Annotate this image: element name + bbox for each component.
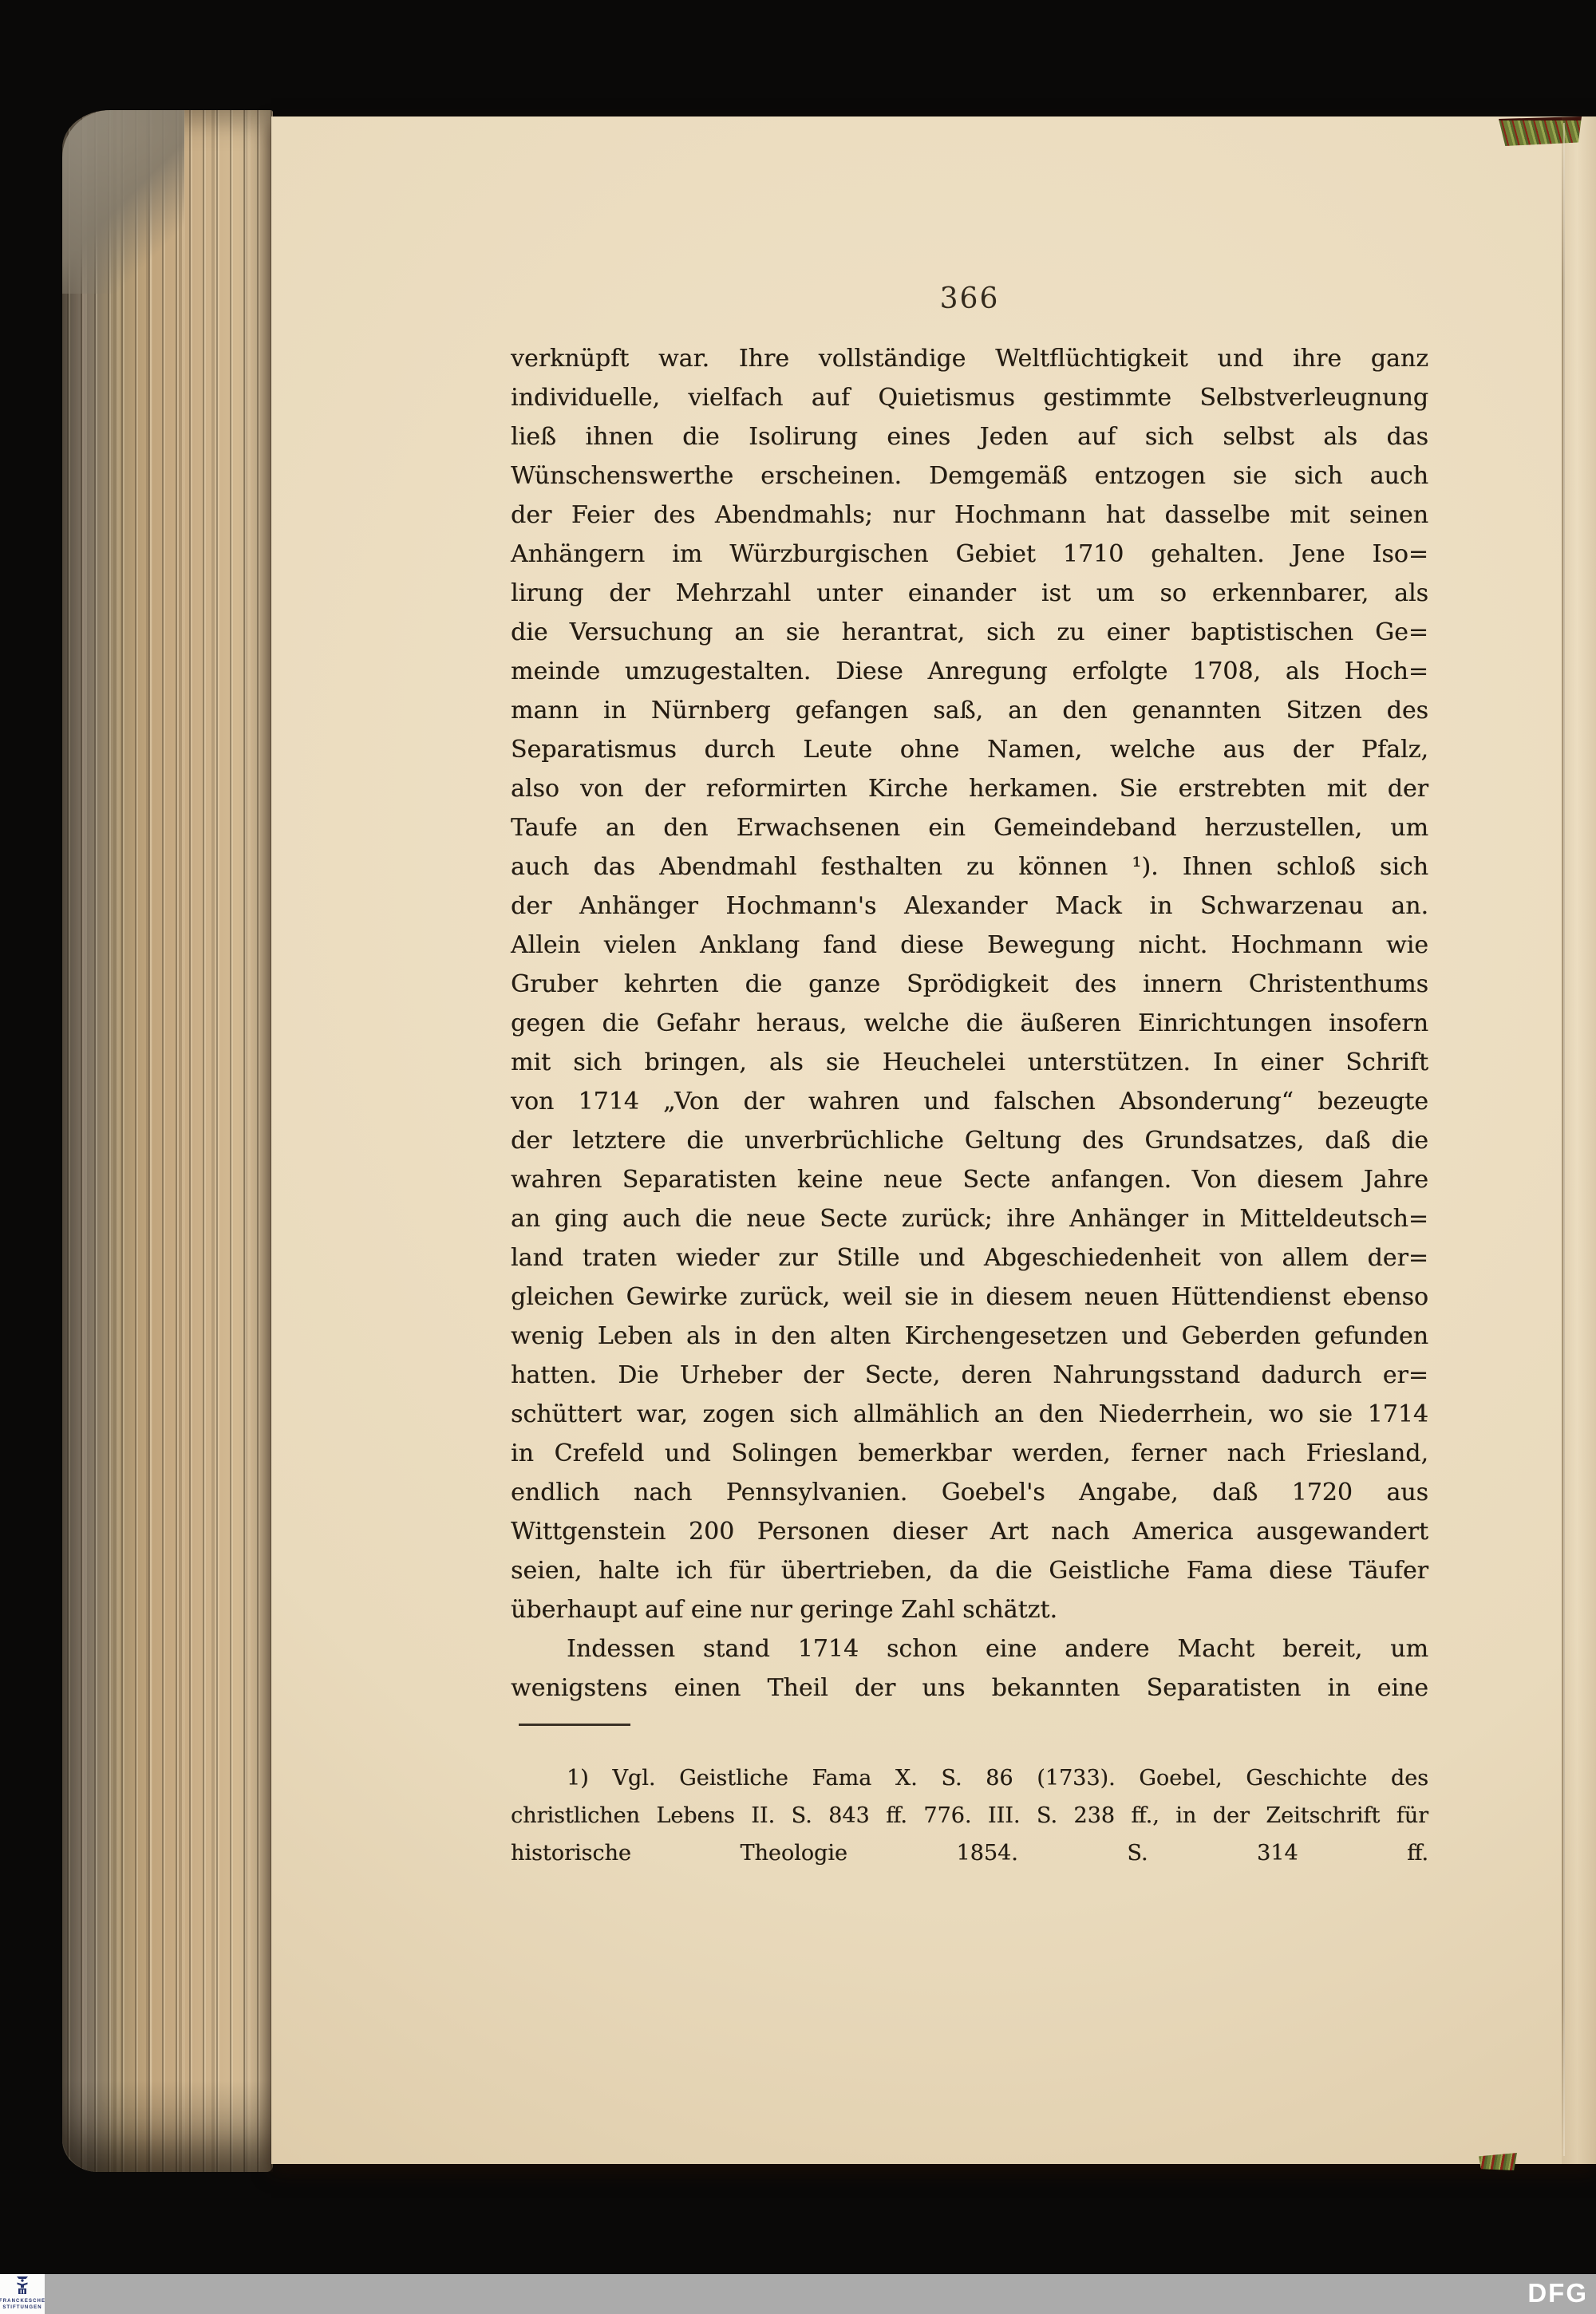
footnote-line: christlichen Lebens II. S. 843 ff. 776. …: [511, 1797, 1428, 1834]
body-text-line: gegen die Gefahr heraus, welche die äuße…: [511, 1004, 1428, 1043]
provider-name-line1: FRANCKESCHE: [0, 2298, 45, 2304]
body-text-line: Gruber kehrten die ganze Sprödigkeit des…: [511, 965, 1428, 1004]
body-text-line: Indessen stand 1714 schon eine andere Ma…: [511, 1629, 1428, 1668]
body-text-line: Taufe an den Erwachsenen ein Gemeindeban…: [511, 808, 1428, 847]
footnote-line: 1) Vgl. Geistliche Fama X. S. 86 (1733).…: [511, 1759, 1428, 1797]
body-text-line: hatten. Die Urheber der Secte, deren Nah…: [511, 1356, 1428, 1395]
body-text-line: ließ ihnen die Isolirung eines Jeden auf…: [511, 417, 1428, 456]
page-fold-crease: [1562, 123, 1565, 2156]
binding-fabric-bottom: [1479, 2153, 1517, 2170]
body-text-line: lirung der Mehrzahl unter einander ist u…: [511, 574, 1428, 613]
body-text-line: Allein vielen Anklang fand diese Bewegun…: [511, 926, 1428, 965]
binding-fabric-top: [1499, 116, 1582, 146]
dfg-logo: DFG: [1527, 2278, 1588, 2308]
body-text-line: Separatismus durch Leute ohne Namen, wel…: [511, 730, 1428, 769]
body-text-line: Wittgenstein 200 Personen dieser Art nac…: [511, 1512, 1428, 1551]
body-text-line: auch das Abendmahl festhalten zu können …: [511, 847, 1428, 887]
body-text-line: wahren Separatisten keine neue Secte anf…: [511, 1160, 1428, 1199]
body-text-line: seien, halte ich für übertrieben, da die…: [511, 1551, 1428, 1590]
provider-name-line2: STIFTUNGEN: [0, 2304, 45, 2311]
body-text-line: von 1714 „Von der wahren und falschen Ab…: [511, 1082, 1428, 1121]
body-text-line: mit sich bringen, als sie Heuchelei unte…: [511, 1043, 1428, 1082]
body-text-line: der letztere die unverbrüchliche Geltung…: [511, 1121, 1428, 1160]
body-text-line: meinde umzugestalten. Diese Anregung erf…: [511, 652, 1428, 691]
footnote-text: 1) Vgl. Geistliche Fama X. S. 86 (1733).…: [511, 1759, 1428, 1872]
body-text-line: gleichen Gewirke zurück, weil sie in die…: [511, 1277, 1428, 1317]
body-text-line: überhaupt auf eine nur geringe Zahl schä…: [511, 1590, 1428, 1629]
body-text-line: der Anhänger Hochmann's Alexander Mack i…: [511, 887, 1428, 926]
franckesche-stiftungen-emblem-icon: [14, 2276, 31, 2298]
body-text-line: Wünschenswerthe erscheinen. Demgemäß ent…: [511, 456, 1428, 496]
digitisation-footer-bar: FRANCKESCHE STIFTUNGEN DFG: [0, 2274, 1596, 2314]
footnote-line: historische Theologie 1854. S. 314 ff.: [511, 1834, 1428, 1872]
body-text-line: mann in Nürnberg gefangen saß, an den ge…: [511, 691, 1428, 730]
body-text-line: wenig Leben als in den alten Kirchengese…: [511, 1317, 1428, 1356]
scan-background: 366 verknüpft war. Ihre vollständige Wel…: [0, 0, 1596, 2314]
book-fore-edge-pages: [62, 110, 273, 2172]
body-text-line: verknüpft war. Ihre vollständige Weltflü…: [511, 339, 1428, 378]
body-text-line: land traten wieder zur Stille und Abgesc…: [511, 1238, 1428, 1277]
page-number: 366: [511, 283, 1428, 315]
body-text-line: wenigstens einen Theil der uns bekannten…: [511, 1668, 1428, 1708]
body-text-line: endlich nach Pennsylvanien. Goebel's Ang…: [511, 1473, 1428, 1512]
book-page: 366 verknüpft war. Ihre vollständige Wel…: [271, 116, 1596, 2164]
body-text-line: die Versuchung an sie herantrat, sich zu…: [511, 613, 1428, 652]
body-text-line: in Crefeld und Solingen bemerkbar werden…: [511, 1434, 1428, 1473]
body-text-line: schüttert war, zogen sich allmählich an …: [511, 1395, 1428, 1434]
body-text-line: an ging auch die neue Secte zurück; ihre…: [511, 1199, 1428, 1238]
provider-logo-box: FRANCKESCHE STIFTUNGEN: [0, 2274, 45, 2314]
body-text-line: also von der reformirten Kirche herkamen…: [511, 769, 1428, 808]
body-text-line: der Feier des Abendmahls; nur Hochmann h…: [511, 496, 1428, 535]
body-text-line: Anhängern im Würzburgischen Gebiet 1710 …: [511, 535, 1428, 574]
body-text: verknüpft war. Ihre vollständige Weltflü…: [511, 339, 1428, 1708]
footnote-rule: [519, 1724, 630, 1726]
body-text-line: individuelle, vielfach auf Quietismus ge…: [511, 378, 1428, 417]
